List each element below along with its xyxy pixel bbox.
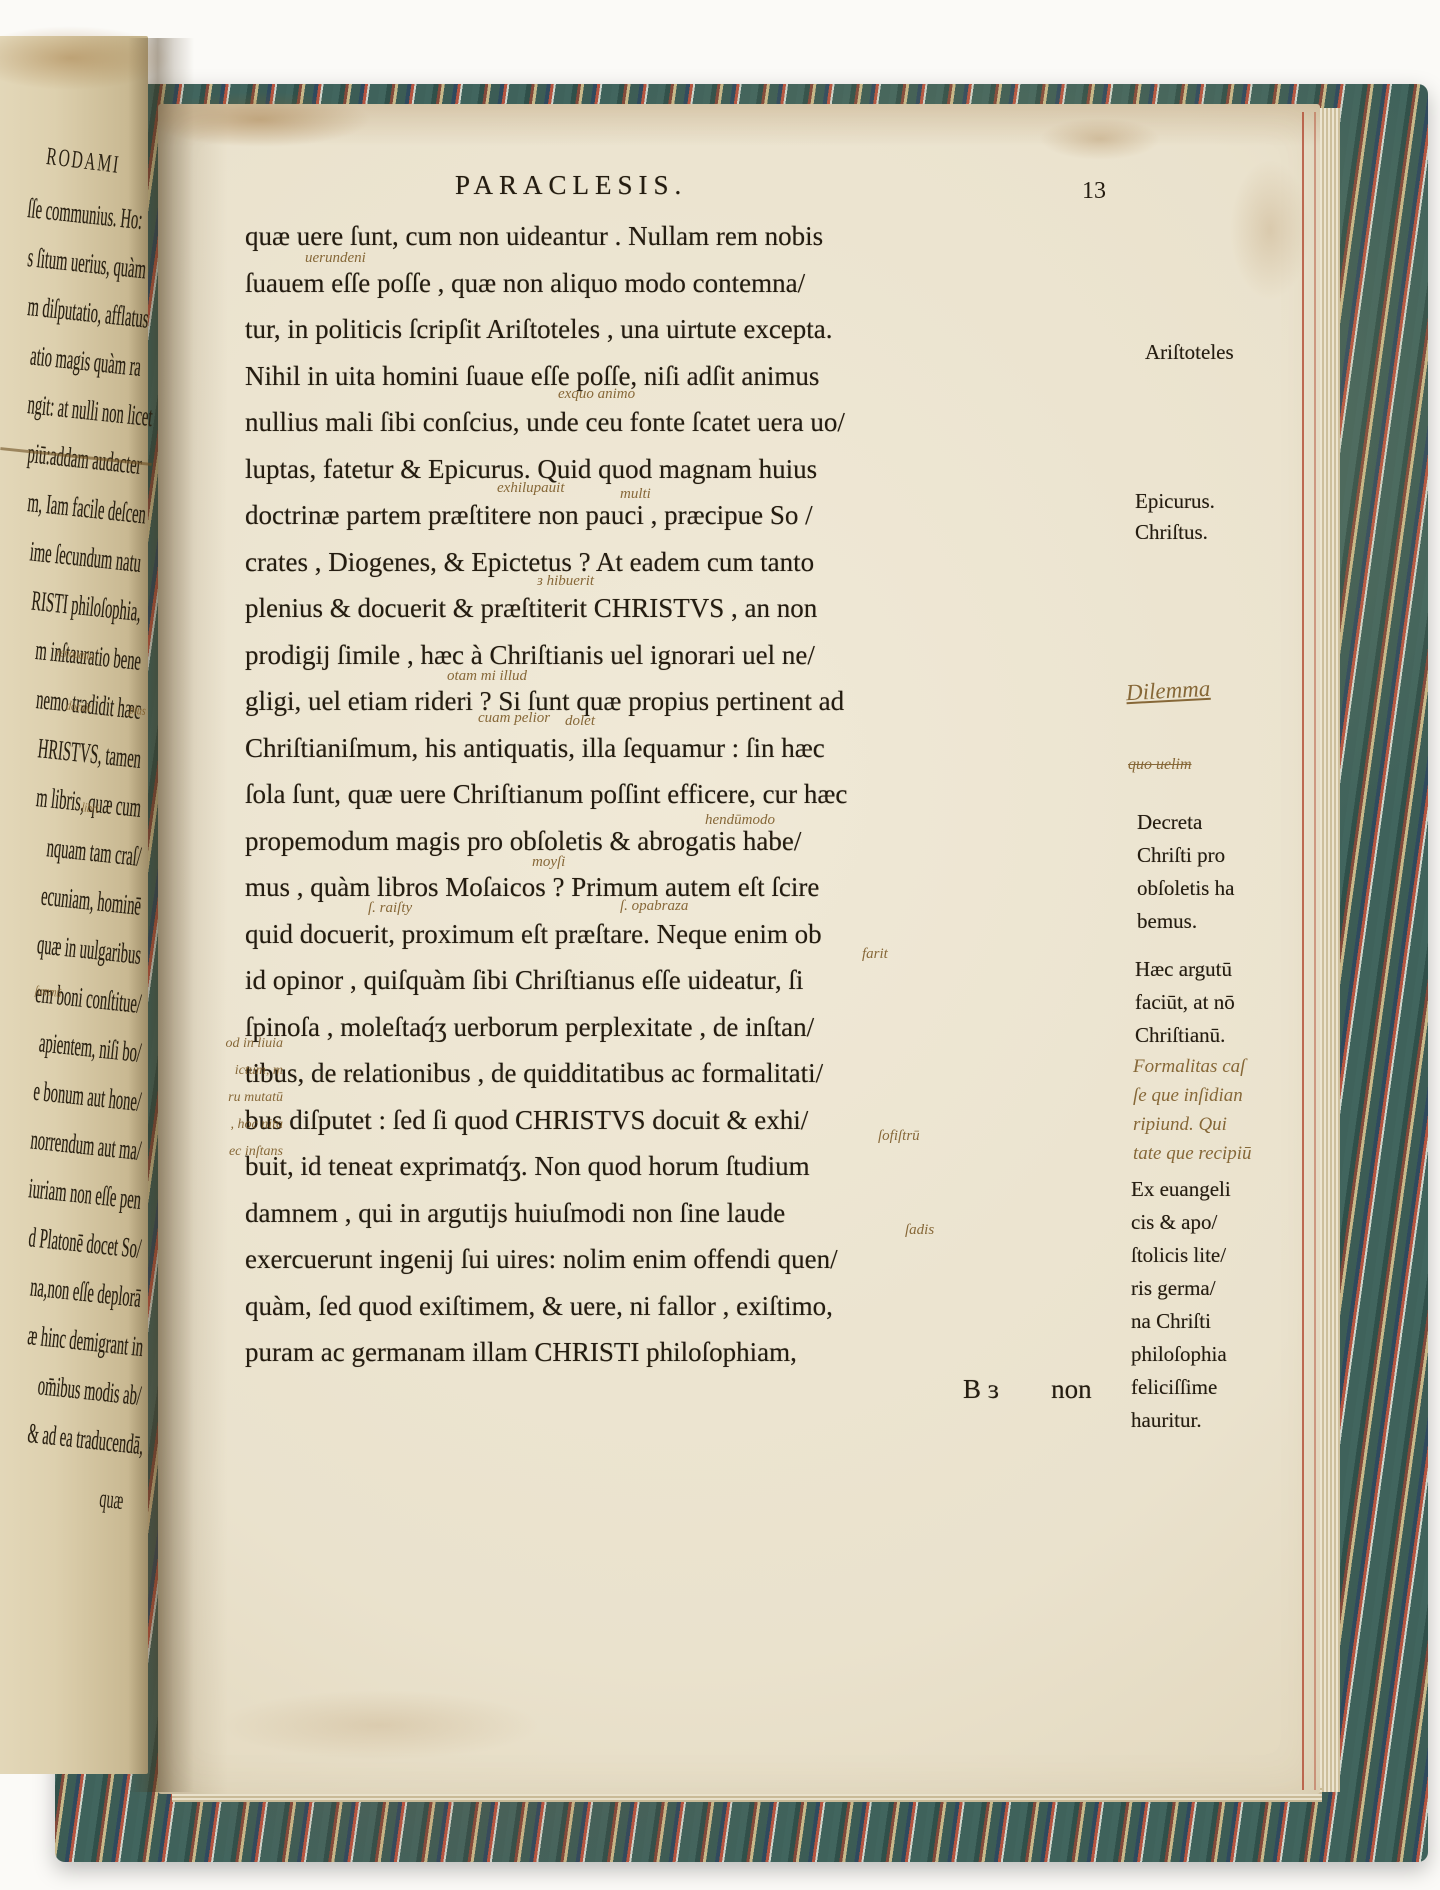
margin-note-decreta: DecretaChriſti proobſoletis habemus. bbox=[1137, 806, 1234, 938]
text-line: tibus, de relationibus , de quidditatibu… bbox=[245, 1050, 961, 1097]
handwritten-line: ec inſtans bbox=[155, 1138, 283, 1165]
interlinear-gloss: moyſi bbox=[532, 854, 565, 871]
interlinear-gloss: cuam pelior bbox=[478, 710, 550, 727]
interlinear-gloss: exquo animo bbox=[558, 386, 635, 403]
margin-note-line: hauritur. bbox=[1131, 1404, 1231, 1437]
handwritten-line: ripiund. Qui bbox=[1133, 1110, 1252, 1139]
foxing-stain bbox=[220, 1690, 540, 1760]
interlinear-gloss: multi bbox=[620, 486, 651, 503]
margin-note-line: ſtolicis lite/ bbox=[1131, 1239, 1231, 1272]
margin-note-line: Chriſtianū. bbox=[1135, 1019, 1235, 1052]
margin-note-line: Hæc argutū bbox=[1135, 953, 1235, 986]
text-line-fragment: & ad ea traducendā, bbox=[25, 1409, 143, 1470]
foxing-stain bbox=[1040, 118, 1160, 160]
handwritten-line: tate que recipiū bbox=[1133, 1139, 1252, 1168]
text-line: mus , quàm libros Moſaicos ? Primum aute… bbox=[245, 864, 961, 911]
handwritten-line: od in liuia bbox=[155, 1030, 283, 1057]
text-line: prodigij ſimile , hæc à Chriſtianis uel … bbox=[245, 632, 961, 679]
verso-catchword: quæ bbox=[98, 1484, 125, 1516]
text-line: buit, id teneat exprimatq́ʒ. Non quod ho… bbox=[245, 1143, 961, 1190]
interlinear-gloss: ſ. opabraza bbox=[620, 898, 688, 915]
foxing-stain bbox=[1230, 160, 1310, 300]
red-rule-line bbox=[1302, 112, 1304, 1790]
margin-note-line: na Chriſti bbox=[1131, 1305, 1231, 1338]
interlinear-gloss: ſ. raiſty bbox=[368, 900, 412, 917]
text-line: crates , Diogenes, & Epictetus ? At eade… bbox=[245, 539, 961, 586]
margin-note-line: ris germa/ bbox=[1131, 1272, 1231, 1305]
margin-note-line: philoſophia bbox=[1131, 1338, 1231, 1371]
margin-note-epicurus-christus: Epicurus. Chriſtus. bbox=[1135, 486, 1215, 548]
handwritten-margin-note-formalitas: Formalitas caſſe que inſidianripiund. Qu… bbox=[1133, 1052, 1252, 1168]
interlinear-gloss: uerundeni bbox=[305, 250, 366, 267]
text-line: id opinor , quiſquàm ſibi Chriſtianus eſ… bbox=[245, 957, 961, 1004]
handwritten-line: ſe que inſidian bbox=[1133, 1081, 1252, 1110]
text-line: exercuerunt ingenij ſui uires: nolim eni… bbox=[245, 1236, 961, 1283]
interlinear-gloss: otam mi illud bbox=[447, 668, 527, 685]
verso-gloss: ſummū bbox=[34, 982, 62, 1001]
text-line: ſola ſunt, quæ uere Chriſtianum poſſint … bbox=[245, 771, 961, 818]
margin-note-line: Chriſti pro bbox=[1137, 839, 1234, 872]
interlinear-gloss: ɜ hibuerit bbox=[537, 573, 594, 590]
text-line: luptas, fatetur & Epicurus. Quid quod ma… bbox=[245, 446, 961, 493]
margin-note-aristoteles: Ariſtoteles bbox=[1145, 336, 1234, 369]
handwritten-margin-note-dilemma: Dilemma bbox=[1125, 676, 1211, 706]
margin-note-line: obſoletis ha bbox=[1137, 872, 1234, 905]
margin-note-ex-euangelicis: Ex euangelicis & apo/ſtolicis lite/ris g… bbox=[1131, 1173, 1231, 1437]
text-line: quàm, ſed quod exiſtimem, & uere, ni fal… bbox=[245, 1283, 961, 1330]
handwritten-line: , hoc nita bbox=[155, 1111, 283, 1138]
handwritten-line: ru mutatū bbox=[155, 1084, 283, 1111]
text-line: bus diſputet : ſed ſi quod CHRISTVS docu… bbox=[245, 1097, 961, 1144]
text-line: doctrinæ partem præſtitere non pauci , p… bbox=[245, 492, 961, 539]
handwritten-left-margin-note: od in liuiaictum, mru mutatū, hoc nitaec… bbox=[155, 1030, 283, 1165]
margin-note-line: Chriſtus. bbox=[1135, 517, 1215, 548]
margin-note-line: Ex euangeli bbox=[1131, 1173, 1231, 1206]
page-number: 13 bbox=[1082, 178, 1106, 205]
text-line: plenius & docuerit & præſtiterit CHRISTV… bbox=[245, 585, 961, 632]
verso-gloss: libri bbox=[81, 799, 99, 817]
text-line: Chriſtianiſmum, his antiquatis, illa ſeq… bbox=[245, 725, 961, 772]
running-title: PARACLESIS. bbox=[455, 170, 875, 201]
text-line: propemodum magis pro obſoletis & abrogat… bbox=[245, 818, 961, 865]
text-line: damnem , qui in argutijs huiuſmodi non ſ… bbox=[245, 1190, 961, 1237]
margin-note-line: Epicurus. bbox=[1135, 486, 1215, 517]
margin-note-line: cis & apo/ bbox=[1131, 1206, 1231, 1239]
interlinear-gloss: dolet bbox=[565, 713, 595, 730]
text-line: ſpinoſa , moleſtaq́ʒ uerborum perplexita… bbox=[245, 1004, 961, 1051]
verso-gloss: plus bbox=[129, 701, 147, 719]
verso-gloss: docuit bbox=[65, 697, 91, 715]
catchword: non bbox=[1051, 1374, 1092, 1405]
margin-note-line: Decreta bbox=[1137, 806, 1234, 839]
verso-text-block: ſſe communius. Ho:s ſitum uerius, quàmm … bbox=[0, 196, 141, 1470]
margin-note-line: bemus. bbox=[1137, 905, 1234, 938]
handwritten-line: ictum, m bbox=[155, 1057, 283, 1084]
fore-edge-page-stack bbox=[1320, 108, 1340, 1792]
foxing-stain bbox=[150, 92, 370, 147]
margin-note-haec-arguta: Hæc argutūfaciūt, at nōChriſtianū. bbox=[1135, 953, 1235, 1052]
interlinear-gloss: ſofiſtrū bbox=[878, 1128, 920, 1145]
margin-note-line: faciūt, at nō bbox=[1135, 986, 1235, 1019]
interlinear-gloss: ſadis bbox=[905, 1222, 934, 1239]
red-rule-line bbox=[1314, 112, 1316, 1790]
signature-line: B ɜ non bbox=[963, 1374, 1092, 1405]
text-line: gligi, uel etiam rideri ? Si ſunt quæ pr… bbox=[245, 678, 961, 725]
interlinear-gloss: exhilupauit bbox=[497, 480, 565, 497]
interlinear-gloss: farit bbox=[862, 946, 888, 963]
book-photo: PARACLESIS. 13 quæ uere ſunt, cum non ui… bbox=[0, 0, 1440, 1890]
text-line: tur, in politicis ſcripſit Ariſtoteles ,… bbox=[245, 306, 961, 353]
handwritten-line: Formalitas caſ bbox=[1133, 1052, 1252, 1081]
text-line: quid docuerit, proximum eſt præſtare. Ne… bbox=[245, 911, 961, 958]
handwritten-margin-note-crossed: quo uelim bbox=[1128, 756, 1192, 774]
quire-signature: B ɜ bbox=[963, 1374, 999, 1405]
margin-note-line: feliciſſime bbox=[1131, 1371, 1231, 1404]
text-line: puram ac germanam illam CHRISTI philoſop… bbox=[245, 1329, 961, 1376]
interlinear-gloss: hendūmodo bbox=[705, 812, 775, 829]
text-line: nullius mali ſibi conſcius, unde ceu fon… bbox=[245, 399, 961, 446]
